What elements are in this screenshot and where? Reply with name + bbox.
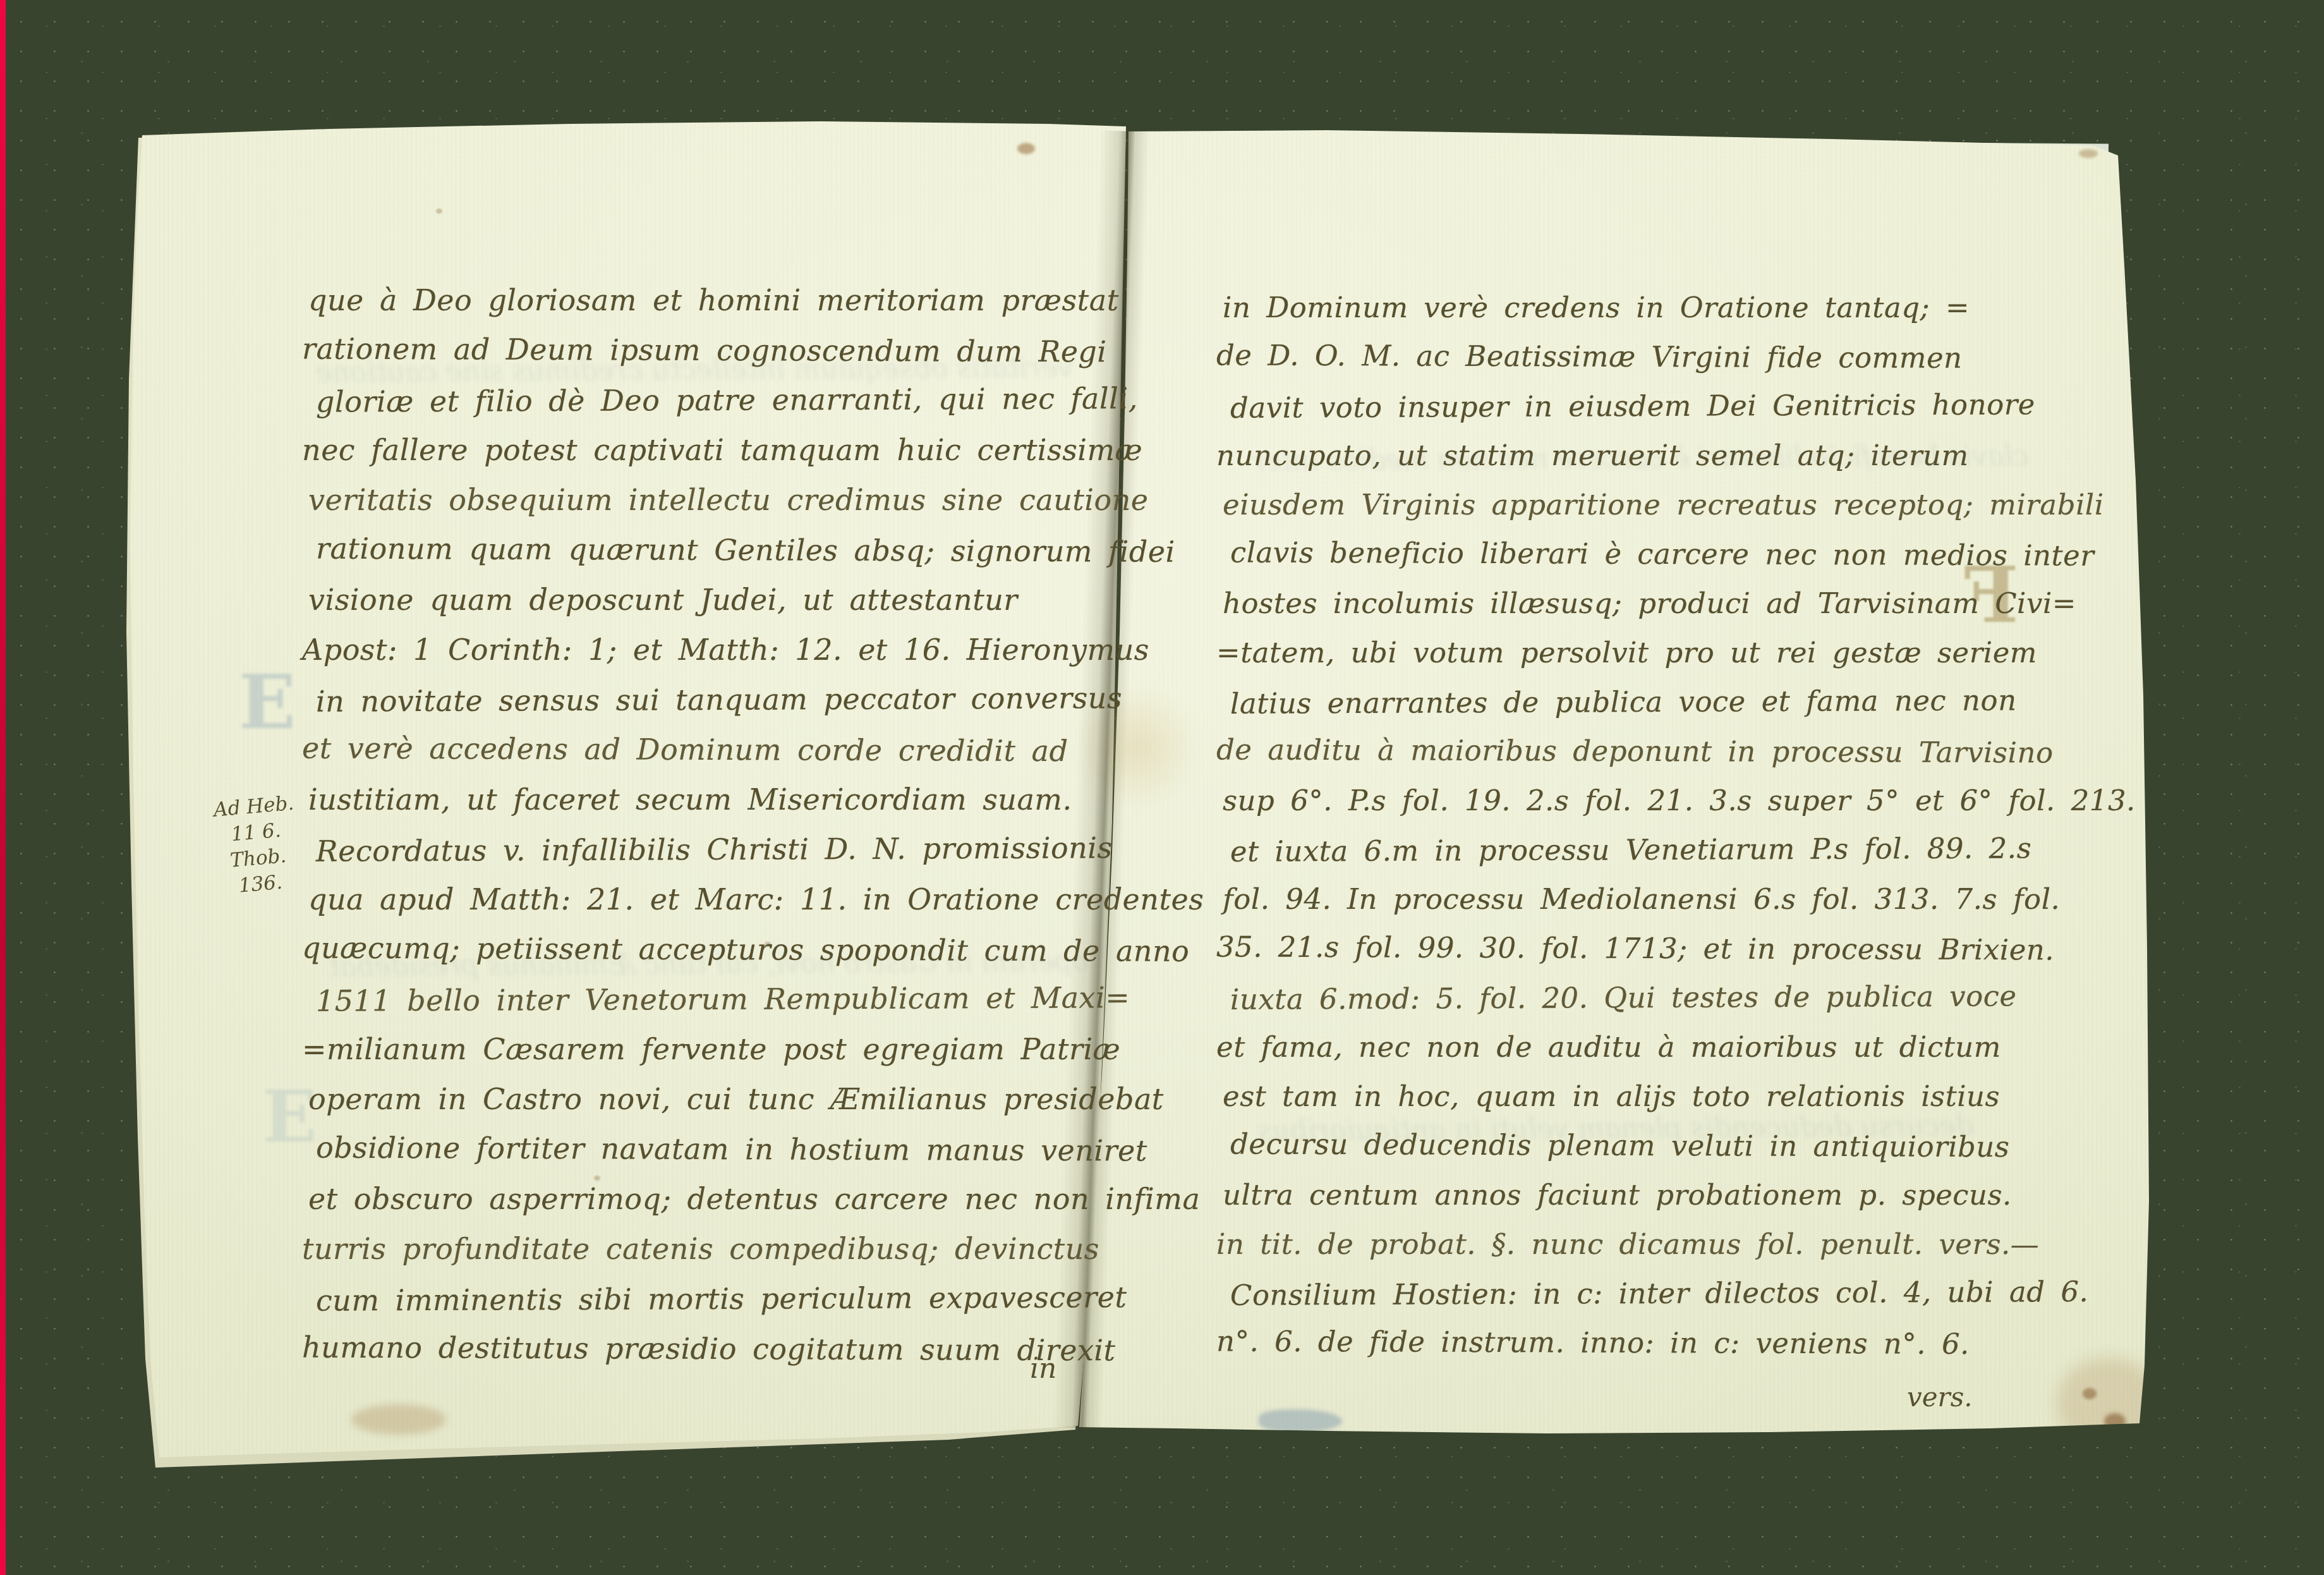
manuscript-line: =milianum Cæsarem fervente post egregiam… xyxy=(302,1025,1111,1074)
manuscript-line: est tam in hoc, quam in alijs toto relat… xyxy=(1223,1072,2063,1121)
manuscript-line: de auditu à maioribus deponunt in proces… xyxy=(1216,725,2063,777)
manuscript-line: clavis beneficio liberari è carcere nec … xyxy=(1230,528,2063,580)
manuscript-line: in novitate sensus sui tanquam peccator … xyxy=(316,673,1111,726)
left-page-bottom-stain xyxy=(351,1404,446,1435)
fox-spot xyxy=(2126,1428,2142,1441)
manuscript-line: 1511 bello inter Venetorum Rempublicam e… xyxy=(316,973,1111,1026)
manuscript-line: cum imminentis sibi mortis periculum exp… xyxy=(316,1272,1111,1325)
red-binding-strip xyxy=(0,0,6,1575)
left-page-top-fox-spot xyxy=(1017,143,1035,154)
right-page-text-block: in Dominum verè credens in Oratione tant… xyxy=(1216,283,2063,1368)
fox-spot xyxy=(2079,149,2098,158)
manuscript-line: gloriæ et filio dè Deo patre enarranti, … xyxy=(316,374,1111,427)
fox-spot xyxy=(2104,1413,2126,1430)
bleedthrough-initial-e-upper: E xyxy=(239,665,296,739)
manuscript-line: operam in Castro novi, cui tunc Æmilianu… xyxy=(308,1074,1111,1124)
manuscript-line: davit voto insuper in eiusdem Dei Genitr… xyxy=(1230,380,2063,433)
manuscript-line: et verè accedens ad Dominum corde credid… xyxy=(302,724,1111,777)
manuscript-photo: E E F veritatis obsequium intellectu cre… xyxy=(0,0,2324,1575)
manuscript-line: de D. O. M. ac Beatissimæ Virgini fide c… xyxy=(1216,331,2063,383)
right-page-catchword: vers. xyxy=(1907,1382,1973,1413)
manuscript-line: =tatem, ubi votum persolvit pro ut rei g… xyxy=(1216,628,2063,678)
manuscript-line: ultra centum annos faciunt probationem p… xyxy=(1223,1171,2063,1220)
manuscript-line: eiusdem Virginis apparitione recreatus r… xyxy=(1223,480,2063,530)
manuscript-line: que à Deo gloriosam et homini meritoriam… xyxy=(308,276,1111,325)
manuscript-line: in Dominum verè credens in Oratione tant… xyxy=(1223,283,2063,332)
manuscript-line: nuncupato, ut statim meruerit semel atq;… xyxy=(1216,431,2063,480)
manuscript-line: veritatis obsequium intellectu credimus … xyxy=(308,475,1111,525)
manuscript-line: et fama, nec non de auditu à maioribus u… xyxy=(1216,1023,2063,1072)
manuscript-line: rationem ad Deum ipsum cognoscendum dum … xyxy=(302,324,1111,377)
manuscript-line: obsidione fortiter navatam in hostium ma… xyxy=(316,1123,1111,1176)
manuscript-line: qua apud Matth: 21. et Marc: 11. in Orat… xyxy=(308,875,1111,925)
manuscript-line: sup 6°. P.s fol. 19. 2.s fol. 21. 3.s su… xyxy=(1223,776,2063,825)
manuscript-line: iustitiam, ut faceret secum Misericordia… xyxy=(308,775,1111,825)
manuscript-line: iuxta 6.mod: 5. fol. 20. Qui testes de p… xyxy=(1230,971,2063,1025)
blue-grey-bottom-stain xyxy=(1259,1409,1342,1432)
manuscript-line: Recordatus v. infallibilis Christi D. N.… xyxy=(316,823,1111,876)
left-margin-citation-note: Ad Heb.11 6.Thob.136. xyxy=(193,789,322,903)
manuscript-line: et iuxta 6.m in processu Venetiarum P.s … xyxy=(1230,824,2063,877)
manuscript-line: et obscuro asperrimoq; detentus carcere … xyxy=(308,1174,1111,1224)
left-page-catchword: in xyxy=(1030,1353,1056,1385)
manuscript-line: n°. 6. de fide instrum. inno: in c: veni… xyxy=(1216,1317,2063,1369)
fox-spot xyxy=(2083,1388,2097,1399)
manuscript-line: visione quam deposcunt Judei, ut attesta… xyxy=(308,575,1111,625)
fox-spot xyxy=(2090,1433,2102,1442)
manuscript-line: decursu deducendis plenam veluti in anti… xyxy=(1230,1119,2063,1172)
manuscript-line: Apost: 1 Corinth: 1; et Matth: 12. et 16… xyxy=(302,625,1111,675)
manuscript-line: fol. 94. In processu Mediolanensi 6.s fo… xyxy=(1223,875,2063,924)
manuscript-line: in tit. de probat. §. nunc dicamus fol. … xyxy=(1216,1220,2063,1269)
manuscript-line: 35. 21.s fol. 99. 30. fol. 1713; et in p… xyxy=(1216,922,2063,975)
right-page-corner-stain-patch xyxy=(2057,1358,2161,1449)
fox-speck xyxy=(436,209,442,214)
manuscript-line: turris profunditate catenis compedibusq;… xyxy=(302,1224,1111,1274)
manuscript-line: humano destitutus præsidio cogitatum suu… xyxy=(302,1323,1111,1376)
manuscript-line: hostes incolumis illæsusq; produci ad Ta… xyxy=(1223,579,2063,628)
manuscript-line: latius enarrantes de publica voce et fam… xyxy=(1230,676,2063,729)
manuscript-line: nec fallere potest captivati tamquam hui… xyxy=(302,425,1111,475)
manuscript-line: quæcumq; petiissent accepturos spopondit… xyxy=(302,923,1111,976)
manuscript-line: Consilium Hostien: in c: inter dilectos … xyxy=(1230,1267,2063,1320)
manuscript-line: rationum quam quærunt Gentiles absq; sig… xyxy=(316,524,1111,577)
left-page-text-block: que à Deo gloriosam et homini meritoriam… xyxy=(302,276,1111,1374)
